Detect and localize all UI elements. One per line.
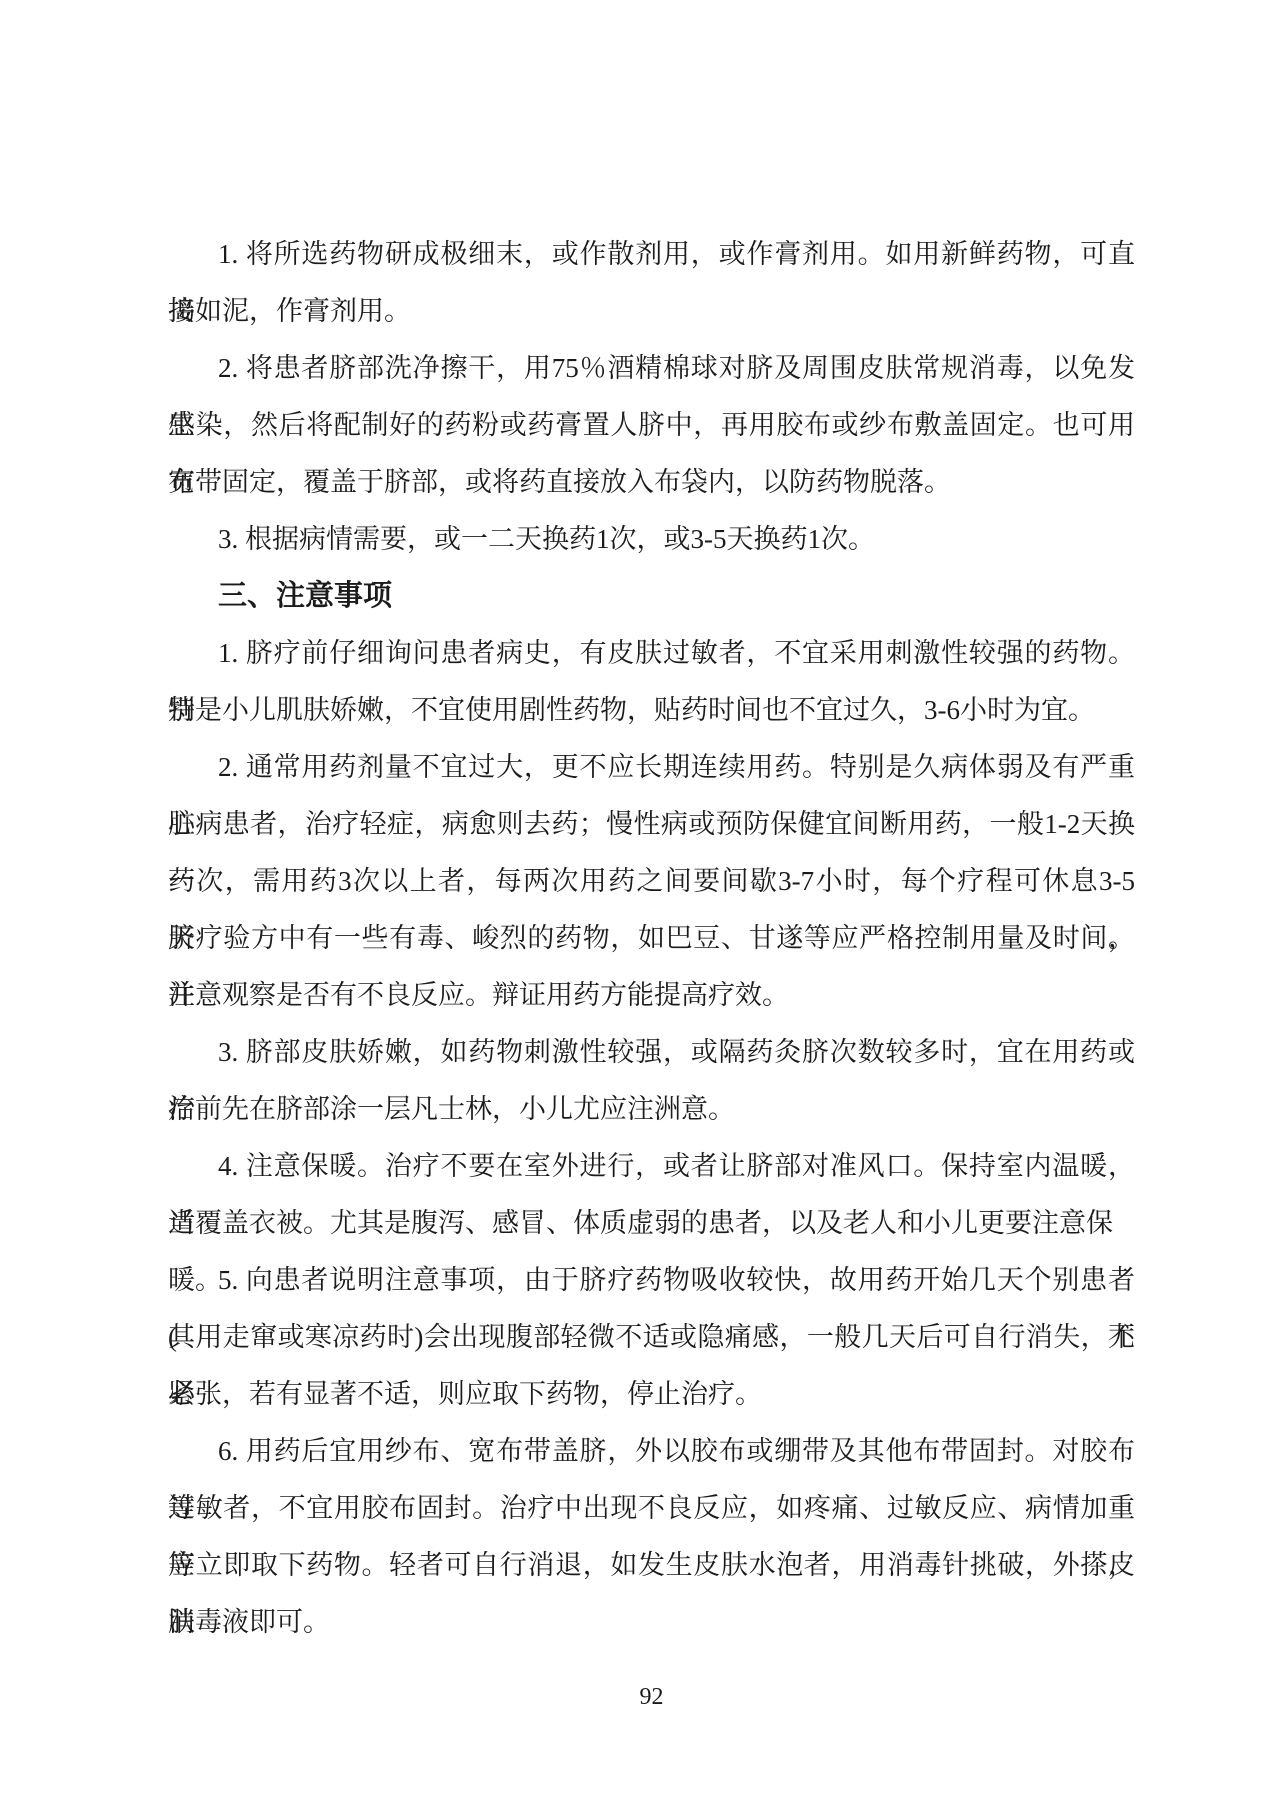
paragraph-line: 注意观察是否有不良反应。辩证用药方能提高疗效。 xyxy=(168,967,1135,1024)
paragraph-line: 其用走窜或寒凉药时)会出现腹部轻微不适或隐痛感，一般几天后可自行消失，不必 xyxy=(168,1309,1135,1366)
page-number: 92 xyxy=(168,1682,1135,1712)
paragraph-line: 过敏者，不宜用胶布固封。治疗中出现不良反应，如疼痛、过敏反应、病情加重等， xyxy=(168,1480,1135,1537)
paragraph-line: 消毒液即可。 xyxy=(168,1594,1135,1651)
section-heading: 三、注意事项 xyxy=(168,568,1135,625)
paragraph-line: 2. 将患者脐部洗净擦干，用75％酒精棉球对脐及周围皮肤常规消毒，以免发生 xyxy=(168,340,1135,397)
paragraph-line: 紧张，若有显著不适，则应取下药物，停止治疗。 xyxy=(168,1366,1135,1423)
paragraph-line: 应立即取下药物。轻者可自行消退，如发生皮肤水泡者，用消毒针挑破，外搽皮肤 xyxy=(168,1537,1135,1594)
paragraph-line: 脏病患者，治疗轻症，病愈则去药；慢性病或预防保健宜间断用药，一般1-2天换药 xyxy=(168,796,1135,853)
paragraph-line: 一次，需用药3次以上者，每两次用药之间要间歇3-7小时，每个疗程可休息3-5天。 xyxy=(168,853,1135,910)
paragraph-line: 1. 脐疗前仔细询问患者病史，有皮肤过敏者，不宜采用刺激性较强的药物。特 xyxy=(168,625,1135,682)
paragraph-line: 4. 注意保暖。治疗不要在室外进行，或者让脐部对准风口。保持室内温暖，适 xyxy=(168,1138,1135,1195)
document-page: 1. 将所选药物研成极细末，或作散剂用，或作膏剂用。如用新鲜药物，可直接捣如泥，… xyxy=(0,0,1274,1801)
document-body: 1. 将所选药物研成极细末，或作散剂用，或作膏剂用。如用新鲜药物，可直接捣如泥，… xyxy=(168,226,1135,1651)
paragraph-line: 2. 通常用药剂量不宜过大，更不应长期连续用药。特别是久病体弱及有严重心 xyxy=(168,739,1135,796)
paragraph-line: 疗前先在脐部涂一层凡士林，小儿尤应注洲意。 xyxy=(168,1081,1135,1138)
paragraph-line: 脐疗验方中有一些有毒、峻烈的药物，如巴豆、甘遂等应严格控制用量及时间，并 xyxy=(168,910,1135,967)
paragraph-line: 当覆盖衣被。尤其是腹泻、感冒、体质虚弱的患者，以及老人和小儿更要注意保暖。 xyxy=(168,1195,1135,1252)
paragraph-line: 1. 将所选药物研成极细末，或作散剂用，或作膏剂用。如用新鲜药物，可直接 xyxy=(168,226,1135,283)
paragraph-line: 5. 向患者说明注意事项，由于脐疗药物吸收较快，故用药开始几天个别患者(尤 xyxy=(168,1252,1135,1309)
paragraph-line: 感染，然后将配制好的药粉或药膏置人脐中，再用胶布或纱布敷盖固定。也可用宽 xyxy=(168,397,1135,454)
paragraph-line: 3. 脐部皮肤娇嫩，如药物刺激性较强，或隔药灸脐次数较多时，宜在用药或治 xyxy=(168,1024,1135,1081)
paragraph-line: 布带固定，覆盖于脐部，或将药直接放入布袋内，以防药物脱落。 xyxy=(168,454,1135,511)
paragraph-line: 捣如泥，作膏剂用。 xyxy=(168,283,1135,340)
paragraph-line: 6. 用药后宜用纱布、宽布带盖脐，外以胶布或绷带及其他布带固封。对胶布等 xyxy=(168,1423,1135,1480)
paragraph-line: 3. 根据病情需要，或一二天换药1次，或3-5天换药1次。 xyxy=(168,511,1135,568)
paragraph-line: 别是小儿肌肤娇嫩，不宜使用剧性药物，贴药时间也不宜过久，3-6小时为宜。 xyxy=(168,682,1135,739)
